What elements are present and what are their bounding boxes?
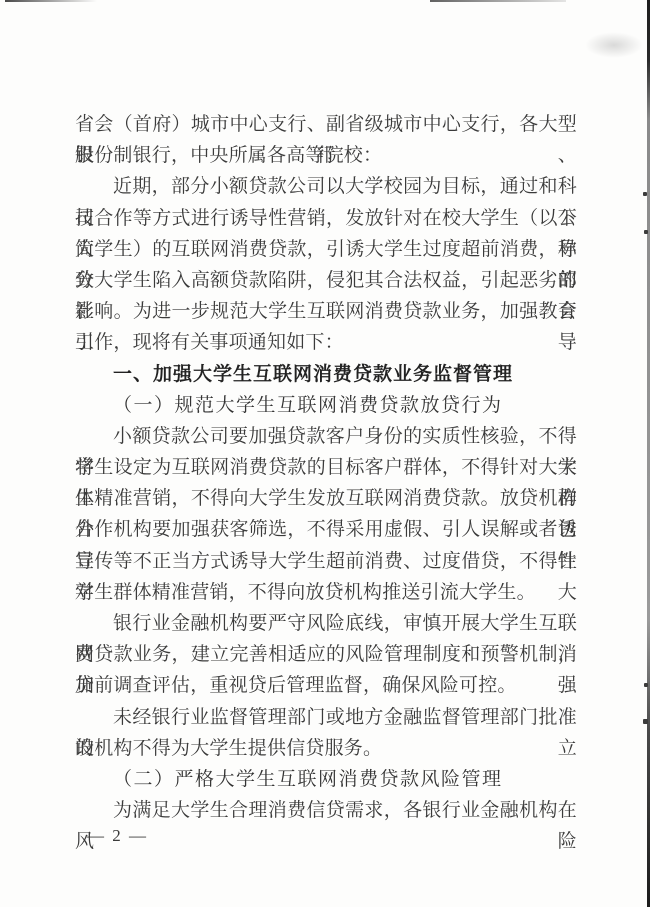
doc-line: 费贷款业务，建立完善相适应的风险管理制度和预警机制，加强 xyxy=(75,639,577,670)
doc-line: 未经银行业监督管理部门或地方金融监督管理部门批准设立 xyxy=(75,702,577,733)
scan-artifact-speck xyxy=(644,230,648,234)
doc-line: 近期，部分小额贷款公司以大学校园为目标，通过和科技公 xyxy=(75,171,577,202)
doc-line: 学生群体精准营销，不得向放贷机构推送引流大学生。 xyxy=(75,577,577,608)
doc-line: 体精准营销，不得向大学生发放互联网消费贷款。放贷机构外包 xyxy=(75,483,577,514)
doc-line: 贷前调查评估，重视贷后管理监督，确保风险可控。 xyxy=(75,670,577,701)
document-body: 省会（首府）城市中心支行、副省级城市中心支行，各大型银行、 股份制银行，中央所属… xyxy=(75,109,577,826)
doc-line: 分大学生陷入高额贷款陷阱，侵犯其合法权益，引起恶劣的社会 xyxy=(75,265,577,296)
sub-heading: （一）规范大学生互联网消费贷款放贷行为 xyxy=(75,390,577,421)
doc-line: 合作机构要加强获客筛选，不得采用虚假、引人误解或者诱导性 xyxy=(75,514,577,545)
scan-artifact-smudge xyxy=(585,32,643,58)
doc-line: 司合作等方式进行诱导性营销，发放针对在校大学生（以下简称 xyxy=(75,203,577,234)
doc-line: 大学生）的互联网消费贷款，引诱大学生过度超前消费，导致部 xyxy=(75,234,577,265)
scan-artifact-speck xyxy=(643,719,648,724)
scan-artifact-speck xyxy=(643,192,647,196)
doc-line: 省会（首府）城市中心支行、副省级城市中心支行，各大型银行、 xyxy=(75,109,577,140)
scan-artifact-top-line-right xyxy=(430,0,566,2)
doc-line: 学生设定为互联网消费贷款的目标客户群体，不得针对大学生群 xyxy=(75,452,577,483)
doc-line: 为满足大学生合理消费信贷需求，各银行业金融机构在风险 xyxy=(75,795,577,826)
doc-line: 影响。为进一步规范大学生互联网消费贷款业务，加强教育引导 xyxy=(75,296,577,327)
sub-heading: （二）严格大学生互联网消费贷款风险管理 xyxy=(75,764,577,795)
scanned-document-page: 省会（首府）城市中心支行、副省级城市中心支行，各大型银行、 股份制银行，中央所属… xyxy=(0,0,650,907)
doc-line: 宣传等不正当方式诱导大学生超前消费、过度借贷，不得针对大 xyxy=(75,546,577,577)
section-heading: 一、加强大学生互联网消费贷款业务监督管理 xyxy=(75,359,577,390)
page-number: — 2 — xyxy=(87,826,148,846)
scan-artifact-speck xyxy=(644,683,648,687)
doc-line: 银行业金融机构要严守风险底线，审慎开展大学生互联网消 xyxy=(75,608,577,639)
scan-artifact-top-line-left xyxy=(5,0,97,2)
doc-line: 小额贷款公司要加强贷款客户身份的实质性核验，不得将大 xyxy=(75,421,577,452)
